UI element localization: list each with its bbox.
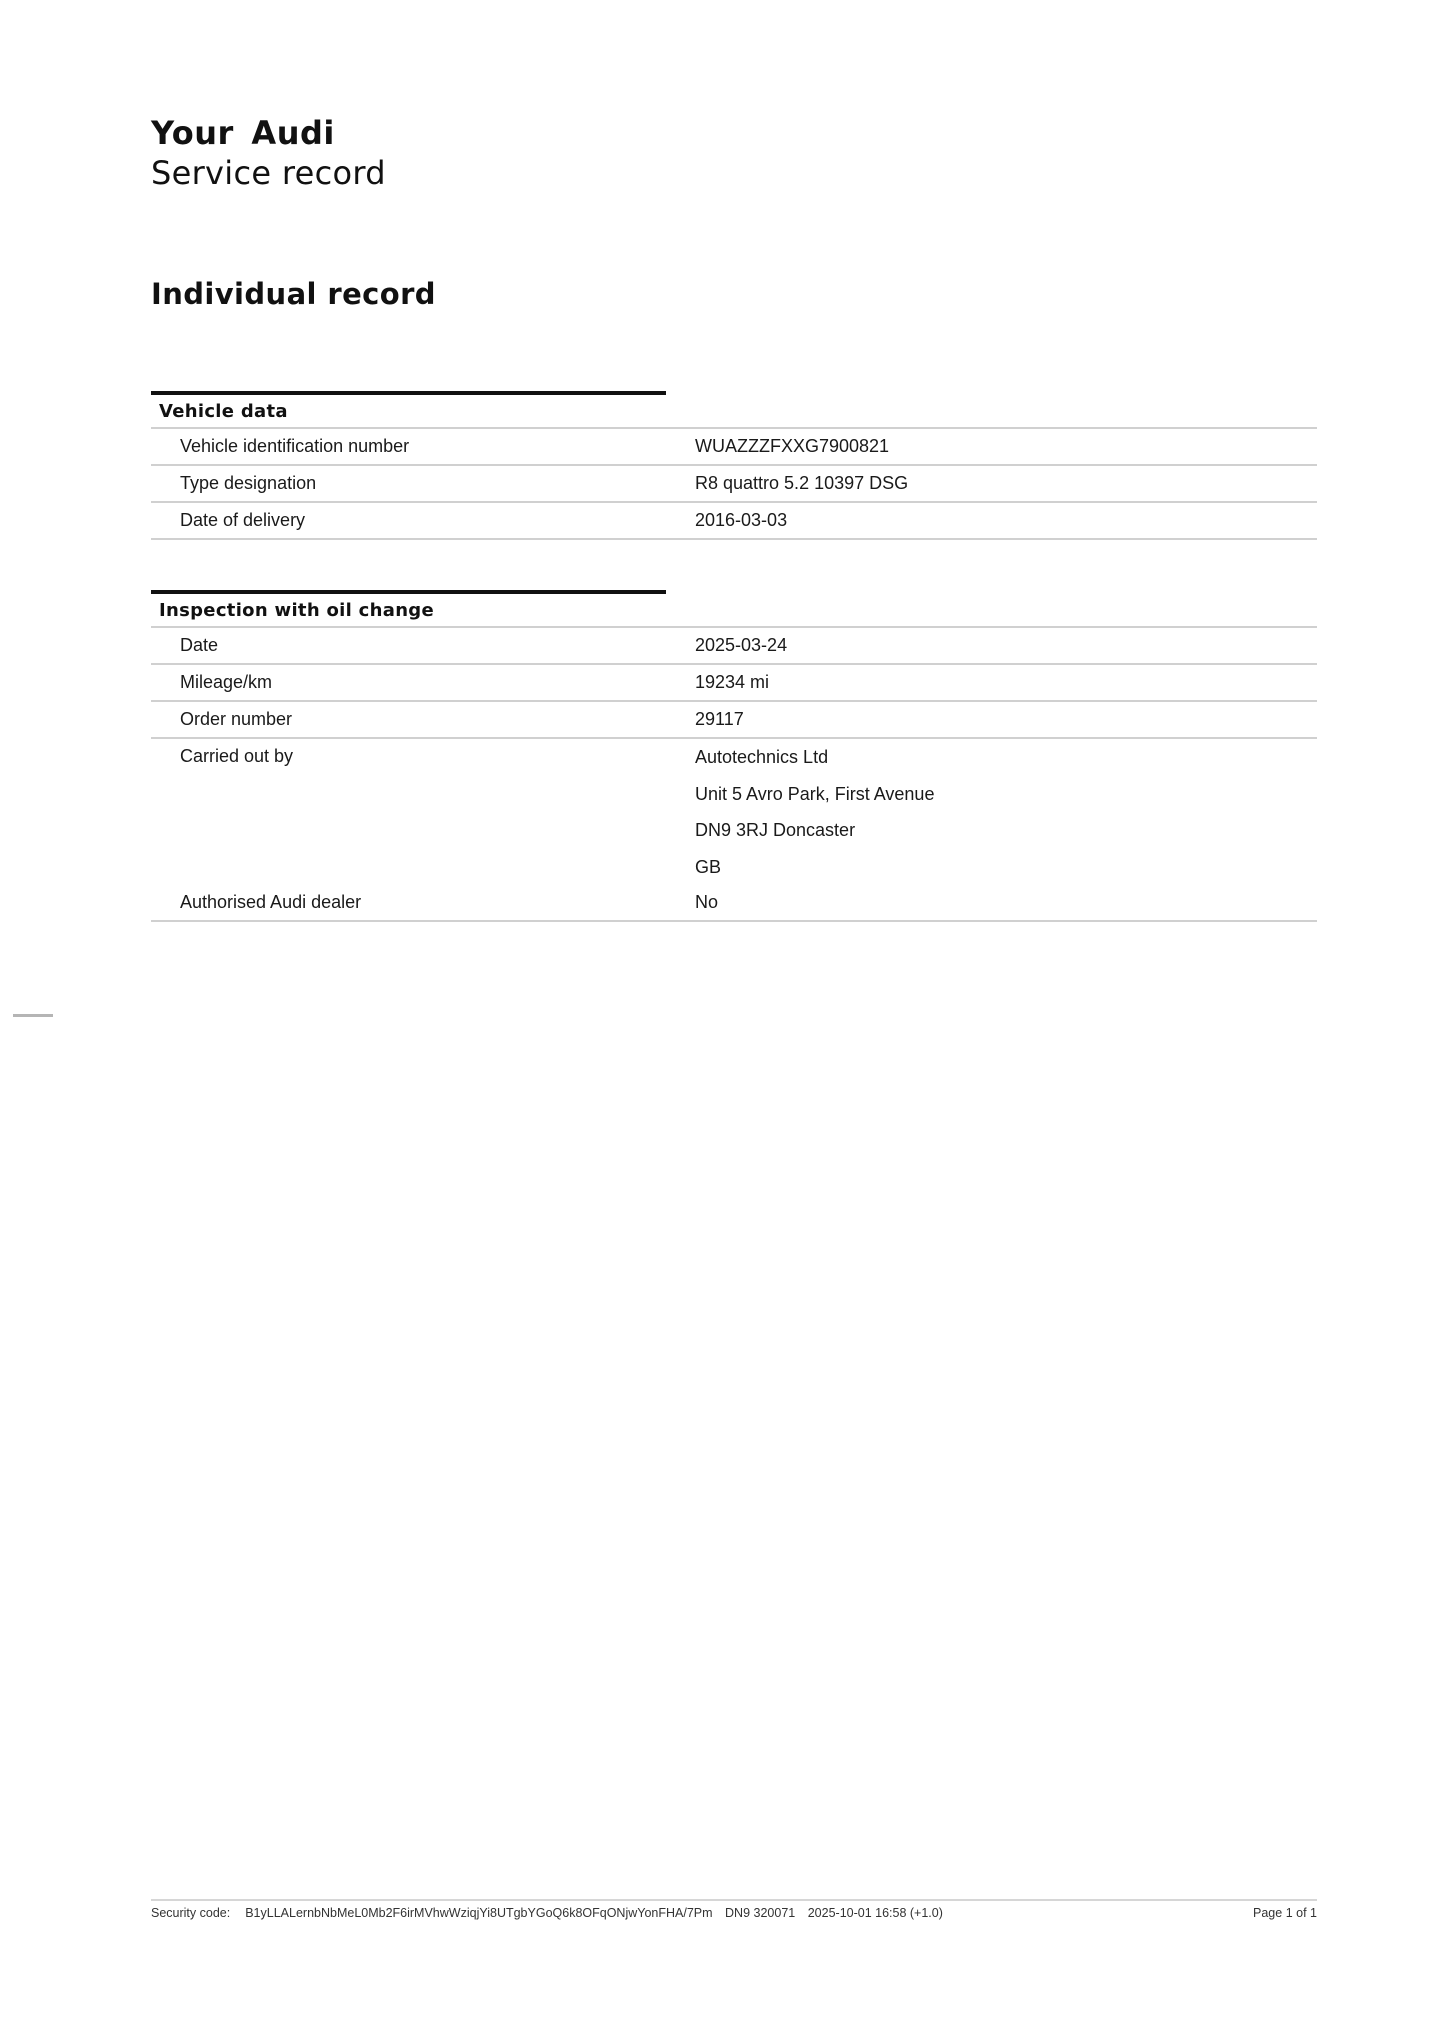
footer-divider	[151, 1899, 1317, 1901]
brand-title: Your Audi	[151, 113, 386, 153]
type-designation-value: R8 quattro 5.2 10397 DSG	[695, 466, 1317, 501]
table-row: Order number 29117	[151, 702, 1317, 739]
workshop-country: GB	[695, 849, 1317, 886]
table-row: Type designation R8 quattro 5.2 10397 DS…	[151, 466, 1317, 503]
page-label: Page	[1253, 1906, 1282, 1920]
section-heading: Inspection with oil change	[151, 594, 1317, 628]
inspection-date-value: 2025-03-24	[695, 628, 1317, 663]
page-current: 1	[1286, 1906, 1293, 1920]
row-label: Vehicle identification number	[151, 429, 695, 464]
footer-meta: Security code:B1yLLALernbNbMeL0Mb2F6irMV…	[151, 1906, 943, 1920]
order-number-value: 29117	[695, 702, 1317, 737]
generated-timestamp: 2025-10-01 16:58 (+1.0)	[808, 1906, 943, 1920]
table-row: Authorised Audi dealer No	[151, 885, 1317, 922]
margin-mark	[13, 1014, 53, 1017]
row-label: Carried out by	[151, 739, 695, 885]
row-label: Order number	[151, 702, 695, 737]
table-row: Carried out by Autotechnics Ltd Unit 5 A…	[151, 739, 1317, 885]
inspection-section: Inspection with oil change Date 2025-03-…	[151, 590, 1317, 922]
security-code: B1yLLALernbNbMeL0Mb2F6irMVhwWziqjYi8UTgb…	[245, 1906, 712, 1920]
delivery-date-value: 2016-03-03	[695, 503, 1317, 538]
page-total: 1	[1310, 1906, 1317, 1920]
page-title: Individual record	[151, 276, 436, 312]
vehicle-data-section: Vehicle data Vehicle identification numb…	[151, 391, 1317, 540]
workshop-city: DN9 3RJ Doncaster	[695, 812, 1317, 849]
page-number: Page 1 of 1	[1253, 1906, 1317, 1920]
table-row: Vehicle identification number WUAZZZFXXG…	[151, 429, 1317, 466]
section-heading: Vehicle data	[151, 395, 1317, 429]
page-of: of	[1296, 1906, 1306, 1920]
workshop-street: Unit 5 Avro Park, First Avenue	[695, 776, 1317, 813]
mileage-value: 19234 mi	[695, 665, 1317, 700]
table-row: Date of delivery 2016-03-03	[151, 503, 1317, 540]
table-row: Mileage/km 19234 mi	[151, 665, 1317, 702]
page-footer: Security code:B1yLLALernbNbMeL0Mb2F6irMV…	[151, 1906, 1317, 1920]
row-label: Date of delivery	[151, 503, 695, 538]
row-label: Mileage/km	[151, 665, 695, 700]
brand-header: Your Audi Service record	[151, 113, 386, 193]
vin-value: WUAZZZFXXG7900821	[695, 429, 1317, 464]
row-label: Authorised Audi dealer	[151, 885, 695, 920]
workshop-address: Autotechnics Ltd Unit 5 Avro Park, First…	[695, 739, 1317, 885]
table-row: Date 2025-03-24	[151, 628, 1317, 665]
workshop-name: Autotechnics Ltd	[695, 739, 1317, 776]
authorised-dealer-value: No	[695, 885, 1317, 920]
row-label: Type designation	[151, 466, 695, 501]
row-label: Date	[151, 628, 695, 663]
brand-subtitle: Service record	[151, 153, 386, 193]
dealer-code: DN9 320071	[725, 1906, 795, 1920]
security-code-label: Security code:	[151, 1906, 230, 1920]
